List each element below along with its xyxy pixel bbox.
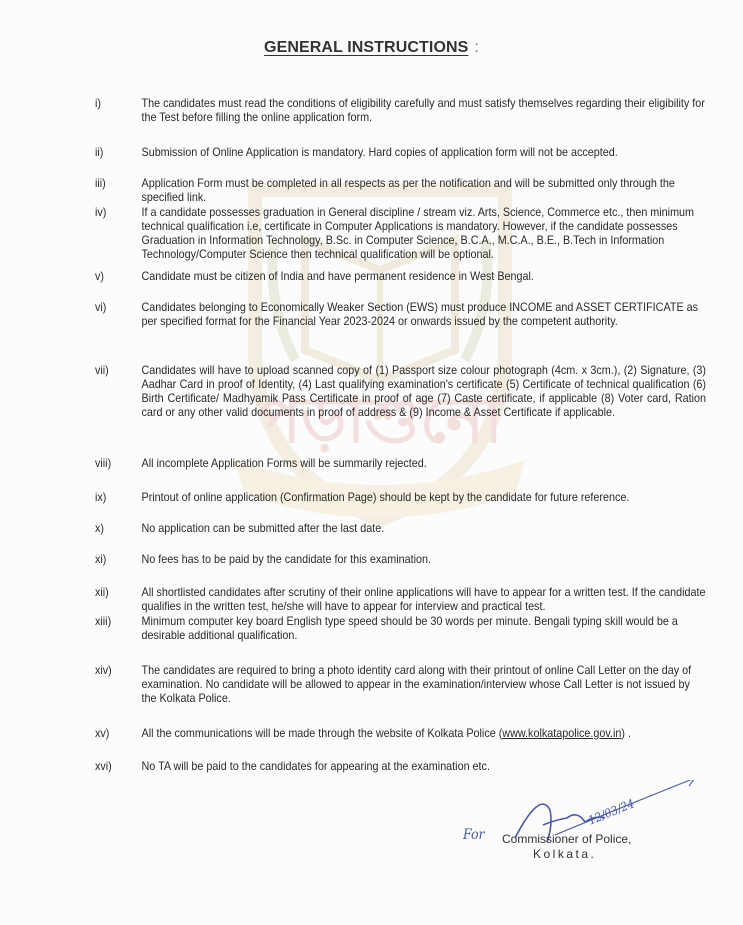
item-number: vii)	[95, 364, 132, 378]
item-text: Submission of Online Application is mand…	[142, 146, 707, 160]
item-text-after: ) .	[621, 727, 631, 740]
item-text: The candidates are required to bring a p…	[142, 664, 707, 706]
item-text: Candidates belonging to Economically Wea…	[142, 301, 707, 329]
instruction-item: i) The candidates must read the conditio…	[95, 97, 672, 125]
title-colon: :	[474, 39, 479, 56]
website-link[interactable]: www.kolkatapolice.gov.in	[502, 727, 621, 740]
item-number: viii)	[95, 457, 132, 471]
item-text: Minimum computer key board English type …	[142, 615, 707, 643]
title-text: GENERAL INSTRUCTIONS	[264, 39, 468, 56]
signatory-title: Commissioner of Police,	[502, 832, 631, 846]
instruction-item: vi) Candidates belonging to Economically…	[95, 301, 672, 329]
item-text: All shortlisted candidates after scrutin…	[142, 586, 707, 614]
instruction-item: v) Candidate must be citizen of India an…	[95, 270, 672, 284]
instruction-item: xiii) Minimum computer key board English…	[95, 615, 672, 643]
item-number: xv)	[95, 727, 132, 741]
instruction-item: x) No application can be submitted after…	[95, 522, 672, 536]
item-text: All incomplete Application Forms will be…	[142, 457, 707, 471]
item-text: All the communications will be made thro…	[142, 727, 707, 741]
instruction-item: xi) No fees has to be paid by the candid…	[95, 553, 672, 567]
item-text: No fees has to be paid by the candidate …	[142, 553, 707, 567]
signatory-city: Kolkata.	[533, 847, 596, 861]
instruction-item: xii) All shortlisted candidates after sc…	[95, 586, 672, 614]
item-text: Printout of online application (Confirma…	[142, 491, 707, 505]
item-number: ii)	[95, 146, 132, 160]
item-number: xiv)	[95, 664, 132, 678]
item-text: If a candidate possesses graduation in G…	[142, 206, 707, 262]
item-number: xvi)	[95, 760, 132, 774]
item-number: xi)	[95, 553, 132, 567]
instruction-item: iii) Application Form must be completed …	[95, 177, 672, 205]
item-text: No application can be submitted after th…	[142, 522, 707, 536]
item-number: x)	[95, 522, 132, 536]
item-text: Candidate must be citizen of India and h…	[142, 270, 707, 284]
item-number: vi)	[95, 301, 132, 315]
item-text: The candidates must read the conditions …	[142, 97, 707, 125]
instruction-item: ii) Submission of Online Application is …	[95, 146, 672, 160]
instruction-item: xvi) No TA will be paid to the candidate…	[95, 760, 672, 774]
item-number: i)	[95, 97, 132, 111]
instruction-item: xv) All the communications will be made …	[95, 727, 672, 741]
item-number: v)	[95, 270, 132, 284]
signature-for-text: For	[463, 827, 485, 843]
instruction-item: iv) If a candidate possesses graduation …	[95, 206, 672, 262]
item-text: No TA will be paid to the candidates for…	[142, 760, 707, 774]
item-number: iii)	[95, 177, 132, 191]
item-number: iv)	[95, 206, 132, 220]
item-text: Candidates will have to upload scanned c…	[142, 364, 707, 420]
item-text-before: All the communications will be made thro…	[142, 727, 503, 740]
instruction-item: ix) Printout of online application (Conf…	[95, 491, 672, 505]
instruction-item: xiv) The candidates are required to brin…	[95, 664, 672, 706]
item-number: ix)	[95, 491, 132, 505]
instruction-item: viii) All incomplete Application Forms w…	[95, 457, 672, 471]
handwritten-signature-icon	[455, 780, 725, 880]
item-number: xiii)	[95, 615, 132, 629]
item-number: xii)	[95, 586, 132, 600]
document-page: পড়াশুনো GENERAL INSTRUCTIONS: i) The ca…	[0, 0, 743, 925]
item-text: Application Form must be completed in al…	[142, 177, 707, 205]
page-title: GENERAL INSTRUCTIONS:	[0, 39, 743, 57]
instruction-item: vii) Candidates will have to upload scan…	[95, 364, 672, 420]
signature-block: For 12/03/24 Commissioner of Police, Kol…	[455, 780, 725, 880]
